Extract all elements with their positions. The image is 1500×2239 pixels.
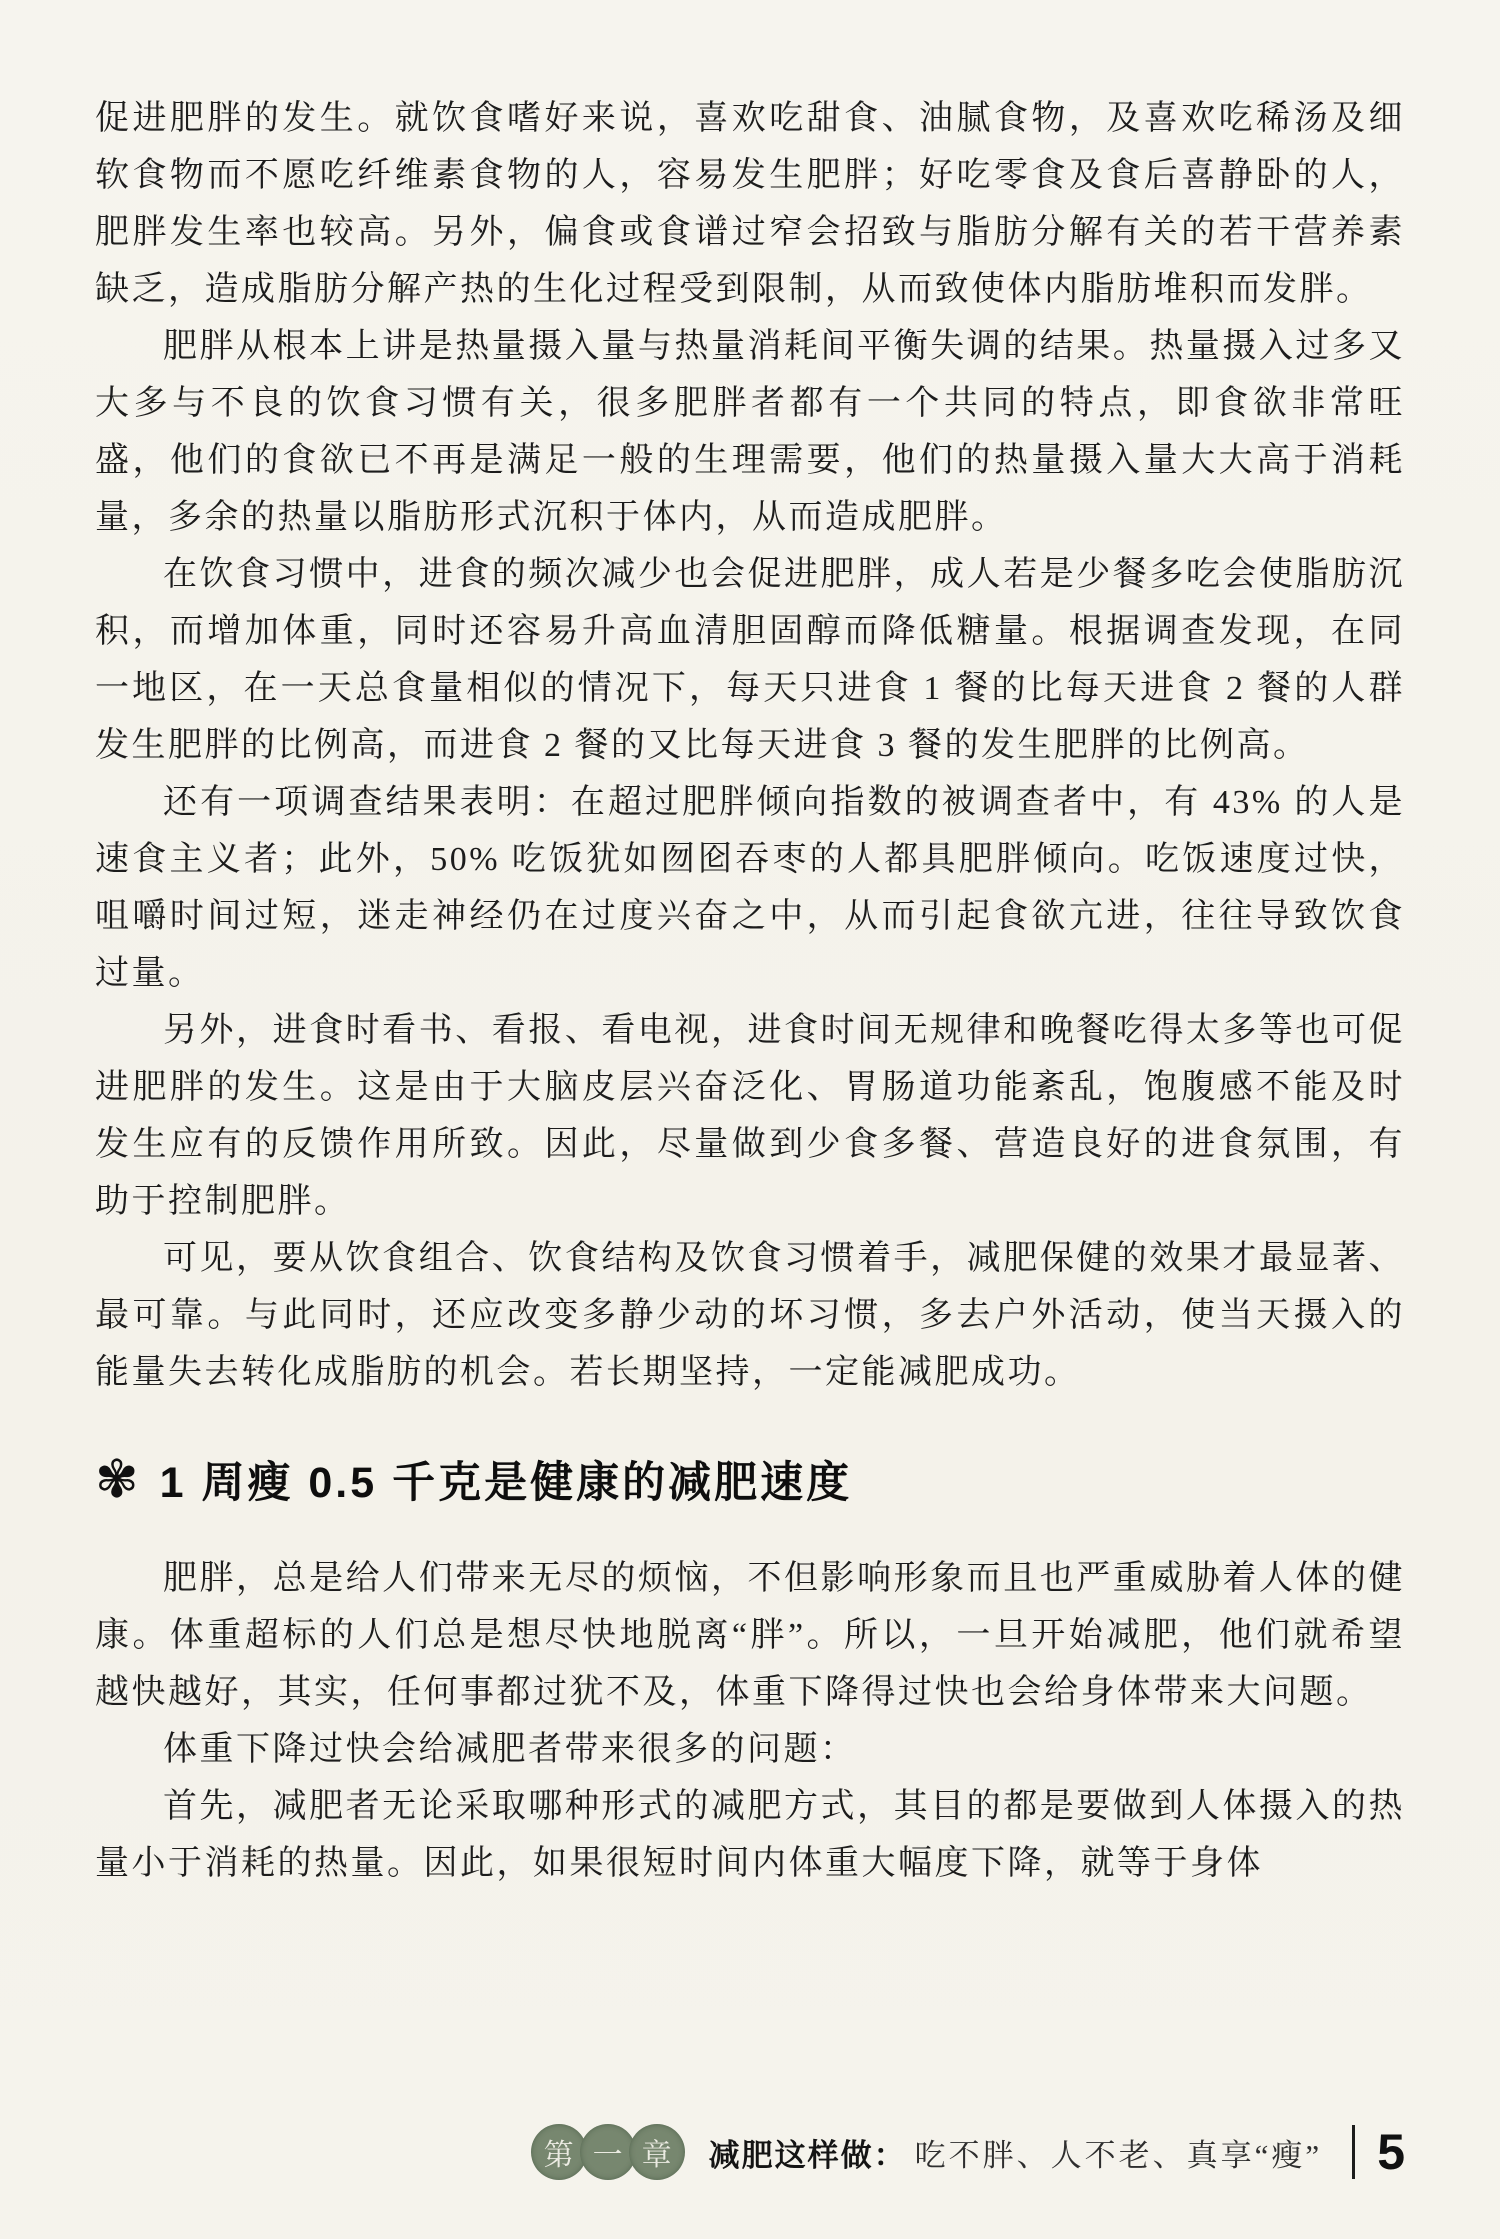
paragraph-9: 首先，减肥者无论采取哪种形式的减肥方式，其目的都是要做到人体摄入的热量小于消耗的… bbox=[95, 1778, 1405, 1892]
flower-icon: ✾ bbox=[95, 1454, 142, 1506]
page-footer: 第 一 章 减肥这样做： 吃不胖、人不老、真享“瘦” 5 bbox=[531, 2123, 1405, 2181]
paragraph-8: 体重下降过快会给减肥者带来很多的问题： bbox=[95, 1721, 1405, 1778]
chapter-stamp-char-2: 一 bbox=[580, 2124, 636, 2180]
paragraph-4: 还有一项调查结果表明：在超过肥胖倾向指数的被调查者中，有 43% 的人是速食主义… bbox=[95, 774, 1405, 1002]
page-number-divider bbox=[1352, 2125, 1355, 2179]
paragraph-3: 在饮食习惯中，进食的频次减少也会促进肥胖，成人若是少餐多吃会使脂肪沉积，而增加体… bbox=[95, 546, 1405, 774]
paragraph-2: 肥胖从根本上讲是热量摄入量与热量消耗间平衡失调的结果。热量摄入过多又大多与不良的… bbox=[95, 318, 1405, 546]
page-body-text: 促进肥胖的发生。就饮食嗜好来说，喜欢吃甜食、油腻食物，及喜欢吃稀汤及细软食物而不… bbox=[95, 90, 1405, 1892]
paragraph-5: 另外，进食时看书、看报、看电视，进食时间无规律和晚餐吃得太多等也可促进肥胖的发生… bbox=[95, 1002, 1405, 1230]
chapter-stamp-char-3: 章 bbox=[629, 2124, 685, 2180]
chapter-stamp: 第 一 章 bbox=[531, 2124, 685, 2180]
chapter-stamp-char-1: 第 bbox=[531, 2124, 587, 2180]
paragraph-7: 肥胖，总是给人们带来无尽的烦恼，不但影响形象而且也严重威胁着人体的健康。体重超标… bbox=[95, 1550, 1405, 1721]
section-title: 1 周瘦 0.5 千克是健康的减肥速度 bbox=[160, 1449, 853, 1510]
page-number: 5 bbox=[1377, 2123, 1405, 2181]
book-page: 促进肥胖的发生。就饮食嗜好来说，喜欢吃甜食、油腻食物，及喜欢吃稀汤及细软食物而不… bbox=[0, 0, 1500, 2239]
paragraph-6: 可见，要从饮食组合、饮食结构及饮食习惯着手，减肥保健的效果才最显著、最可靠。与此… bbox=[95, 1230, 1405, 1401]
section-heading: ✾ 1 周瘦 0.5 千克是健康的减肥速度 bbox=[95, 1449, 1405, 1510]
footer-chapter-subtitle: 吃不胖、人不老、真享“瘦” bbox=[915, 2130, 1323, 2175]
paragraph-1: 促进肥胖的发生。就饮食嗜好来说，喜欢吃甜食、油腻食物，及喜欢吃稀汤及细软食物而不… bbox=[95, 90, 1405, 318]
footer-chapter-title: 减肥这样做： bbox=[709, 2130, 907, 2175]
